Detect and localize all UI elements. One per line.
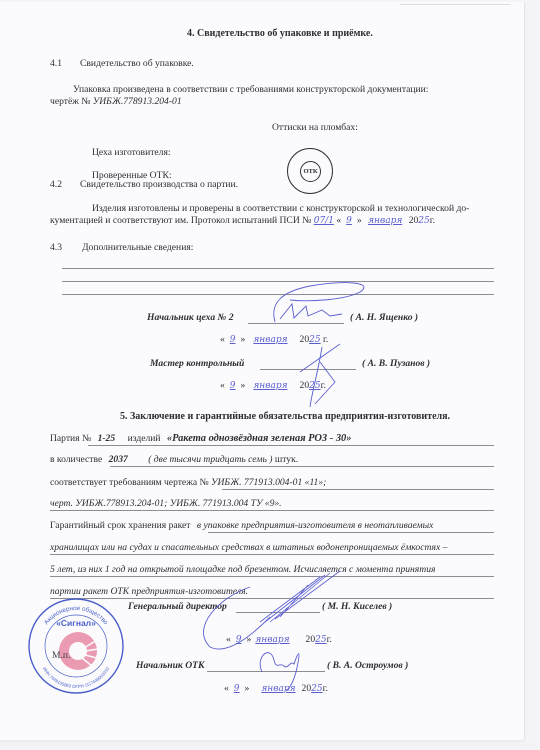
conform-line — [222, 489, 494, 490]
s41-number: 4.1 — [50, 58, 62, 69]
batch-text-2: кументацией и соответствуют им. Протокол… — [50, 215, 435, 226]
signature-puzanov-icon — [290, 342, 350, 412]
signer2-signature-line — [260, 369, 356, 370]
additional-info-line-3 — [62, 294, 494, 295]
packing-drawing: УИБЖ.778913.204-01 — [93, 96, 182, 107]
warranty-line-2 — [50, 554, 494, 555]
director-role: Генеральный директор — [128, 601, 227, 612]
director-signature-line — [236, 612, 320, 613]
signer1-signature-line — [248, 323, 344, 324]
protocol-month: января — [364, 216, 406, 226]
s43-number: 4.3 — [50, 242, 62, 253]
section-5-title: 5. Заключение и гарантийные обязательств… — [120, 411, 450, 422]
conform-drawing: УИБЖ. 771913.004-01 «11»; — [211, 477, 326, 488]
svg-text:«Сигнал»: «Сигнал» — [56, 618, 96, 628]
otk-head-role: Начальник ОТК — [136, 660, 205, 671]
workshop-label: Цеха изготовителя: — [92, 147, 171, 158]
quantity-words: ( две тысячи тридцать семь ) — [148, 454, 272, 465]
s42-title: Свидетельство производства о партии. — [80, 179, 238, 190]
mp-label: М.п. — [52, 650, 70, 661]
otk-head-signature-line — [207, 671, 325, 672]
otk-seal-icon: ОТК — [287, 148, 333, 194]
signer1-name: ( А. Н. Ященко ) — [350, 312, 418, 323]
section-4-title: 4. Свидетельство об упаковке и приёмке. — [187, 28, 373, 39]
s43-title: Дополнительные сведения: — [82, 242, 193, 253]
qty-line — [110, 466, 494, 467]
warranty-row-2: хранилищах или на судах и спасательных с… — [50, 542, 447, 553]
drawings-line: черт. УИБЖ.778913.204-01; УИБЖ. 771913.0… — [50, 498, 282, 509]
warranty-line-1 — [208, 532, 494, 533]
protocol-day: 9 — [341, 216, 357, 226]
packing-text-1: Упаковка произведена в соответствии с тр… — [73, 84, 428, 95]
warranty-row-1: Гарантийный срок хранения ракет в упаков… — [50, 520, 433, 531]
protocol-number: 07/1 — [314, 216, 334, 226]
s42-number: 4.2 — [50, 179, 62, 190]
s41-title: Свидетельство об упаковке. — [80, 58, 194, 69]
additional-info-line-1 — [62, 268, 494, 269]
batch-row: Партия № 1-25 изделий «Ракета однозвёздн… — [50, 433, 351, 444]
drawings-underline — [50, 510, 494, 511]
document-page: 4. Свидетельство об упаковке и приёмке. … — [0, 2, 525, 740]
signer2-role: Мастер контрольный — [150, 358, 244, 369]
batch-number: 1-25 — [94, 433, 126, 444]
batch-text-1: Изделия изготовлены и проверены в соотве… — [92, 203, 469, 214]
signer2-name: ( А. В. Пузанов ) — [362, 358, 430, 369]
warranty-row-3: 5 лет, из них 1 год на открытой площадке… — [50, 564, 435, 575]
company-stamp-icon: Акционерное общество «Сигнал» ИНН 744910… — [26, 596, 126, 696]
signer1-date: «9»января2025 г. — [220, 334, 328, 345]
director-name: ( М. Н. Киселев ) — [322, 601, 392, 612]
quantity: 2037 — [105, 454, 146, 465]
otk-head-date: «9»января2025г. — [224, 683, 328, 694]
page-edge — [400, 4, 510, 5]
product-name: «Ракета однозвёздная зеленая РОЗ - 30» — [163, 433, 352, 444]
signer1-role: Начальник цеха № 2 — [147, 312, 234, 323]
batch-line — [88, 445, 494, 446]
director-date: «9»января2025г. — [226, 634, 332, 645]
conform-row: соответствует требованиям чертежа № УИБЖ… — [50, 477, 326, 488]
protocol-year: 25 — [418, 216, 429, 226]
additional-info-line-2 — [62, 281, 494, 282]
warranty-line-3 — [50, 576, 494, 577]
qty-row: в количестве 2037 ( две тысячи тридцать … — [50, 454, 298, 465]
signer2-date: «9»января2025г. — [220, 380, 326, 391]
packing-text-2: чертёж № УИБЖ.778913.204-01 — [50, 96, 182, 107]
seals-label: Оттиски на пломбах: — [272, 122, 358, 133]
otk-head-name: ( В. А. Остроумов ) — [327, 660, 408, 671]
